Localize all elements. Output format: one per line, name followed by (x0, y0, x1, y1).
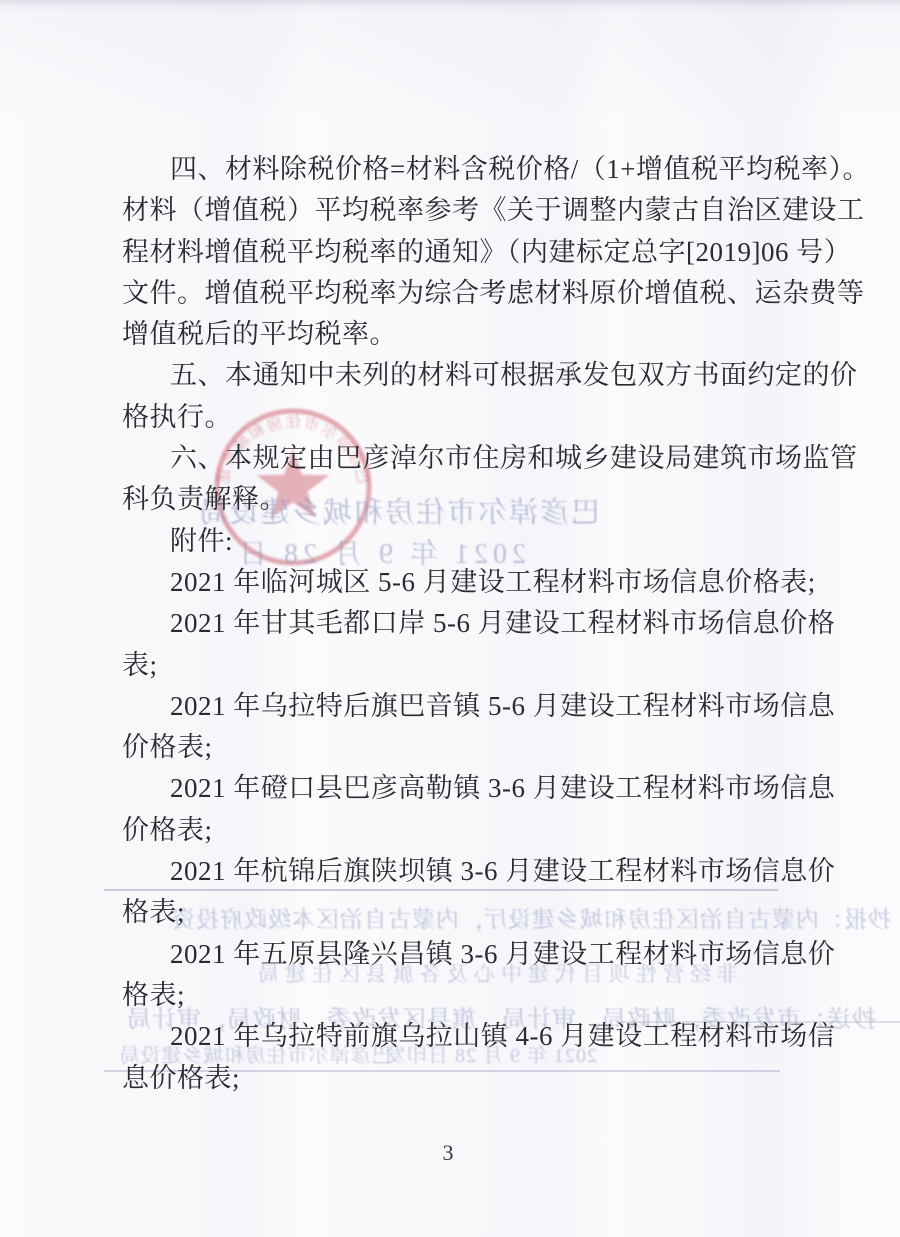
page-number: 3 (418, 1140, 478, 1166)
text-line: 六、本规定由巴彦淖尔市住房和城乡建设局建筑市场监管 (122, 438, 782, 479)
text-line: 程材料增值税平均税率的通知》（内建标定总字[2019]06 号） (122, 232, 782, 273)
attachment-item-continuation: 格表; (122, 975, 782, 1016)
body-text: 四、材料除税价格=材料含税价格/（1+增值税平均税率）。 材料（增值税）平均税率… (122, 149, 782, 1099)
attachment-item: 2021 年五原县隆兴昌镇 3-6 月建设工程材料市场信息价 (122, 934, 782, 975)
text-line: 科负责解释。 (122, 479, 782, 520)
attachment-item-continuation: 格表; (122, 892, 782, 933)
text-line: 增值税后的平均税率。 (122, 314, 782, 355)
attachments-label: 附件: (122, 521, 782, 562)
text-line: 五、本通知中未列的材料可根据承发包双方书面约定的价 (122, 355, 782, 396)
attachment-item: 2021 年临河城区 5-6 月建设工程材料市场信息价格表; (122, 562, 782, 603)
attachment-item-continuation: 表; (122, 645, 782, 686)
text-line: 格执行。 (122, 397, 782, 438)
attachment-item: 2021 年乌拉特前旗乌拉山镇 4-6 月建设工程材料市场信 (122, 1016, 782, 1057)
attachment-item: 2021 年甘其毛都口岸 5-6 月建设工程材料市场信息价格 (122, 603, 782, 644)
attachment-item: 2021 年乌拉特后旗巴音镇 5-6 月建设工程材料市场信息 (122, 686, 782, 727)
text-line: 文件。增值税平均税率为综合考虑材料原价增值税、运杂费等 (122, 273, 782, 314)
scanned-document-page: 巴彦淖尔市住房和城乡建设局 巴彦淖尔市住房和城乡建设局 2021 年 9 月 2… (0, 0, 900, 1237)
attachment-item-continuation: 价格表; (122, 727, 782, 768)
text-line: 材料（增值税）平均税率参考《关于调整内蒙古自治区建设工 (122, 190, 782, 231)
attachment-item: 2021 年杭锦后旗陕坝镇 3-6 月建设工程材料市场信息价 (122, 851, 782, 892)
attachment-item-continuation: 息价格表; (122, 1058, 782, 1099)
attachment-item: 2021 年磴口县巴彦高勒镇 3-6 月建设工程材料市场信息 (122, 768, 782, 809)
attachment-item-continuation: 价格表; (122, 810, 782, 851)
text-line: 四、材料除税价格=材料含税价格/（1+增值税平均税率）。 (122, 149, 782, 190)
